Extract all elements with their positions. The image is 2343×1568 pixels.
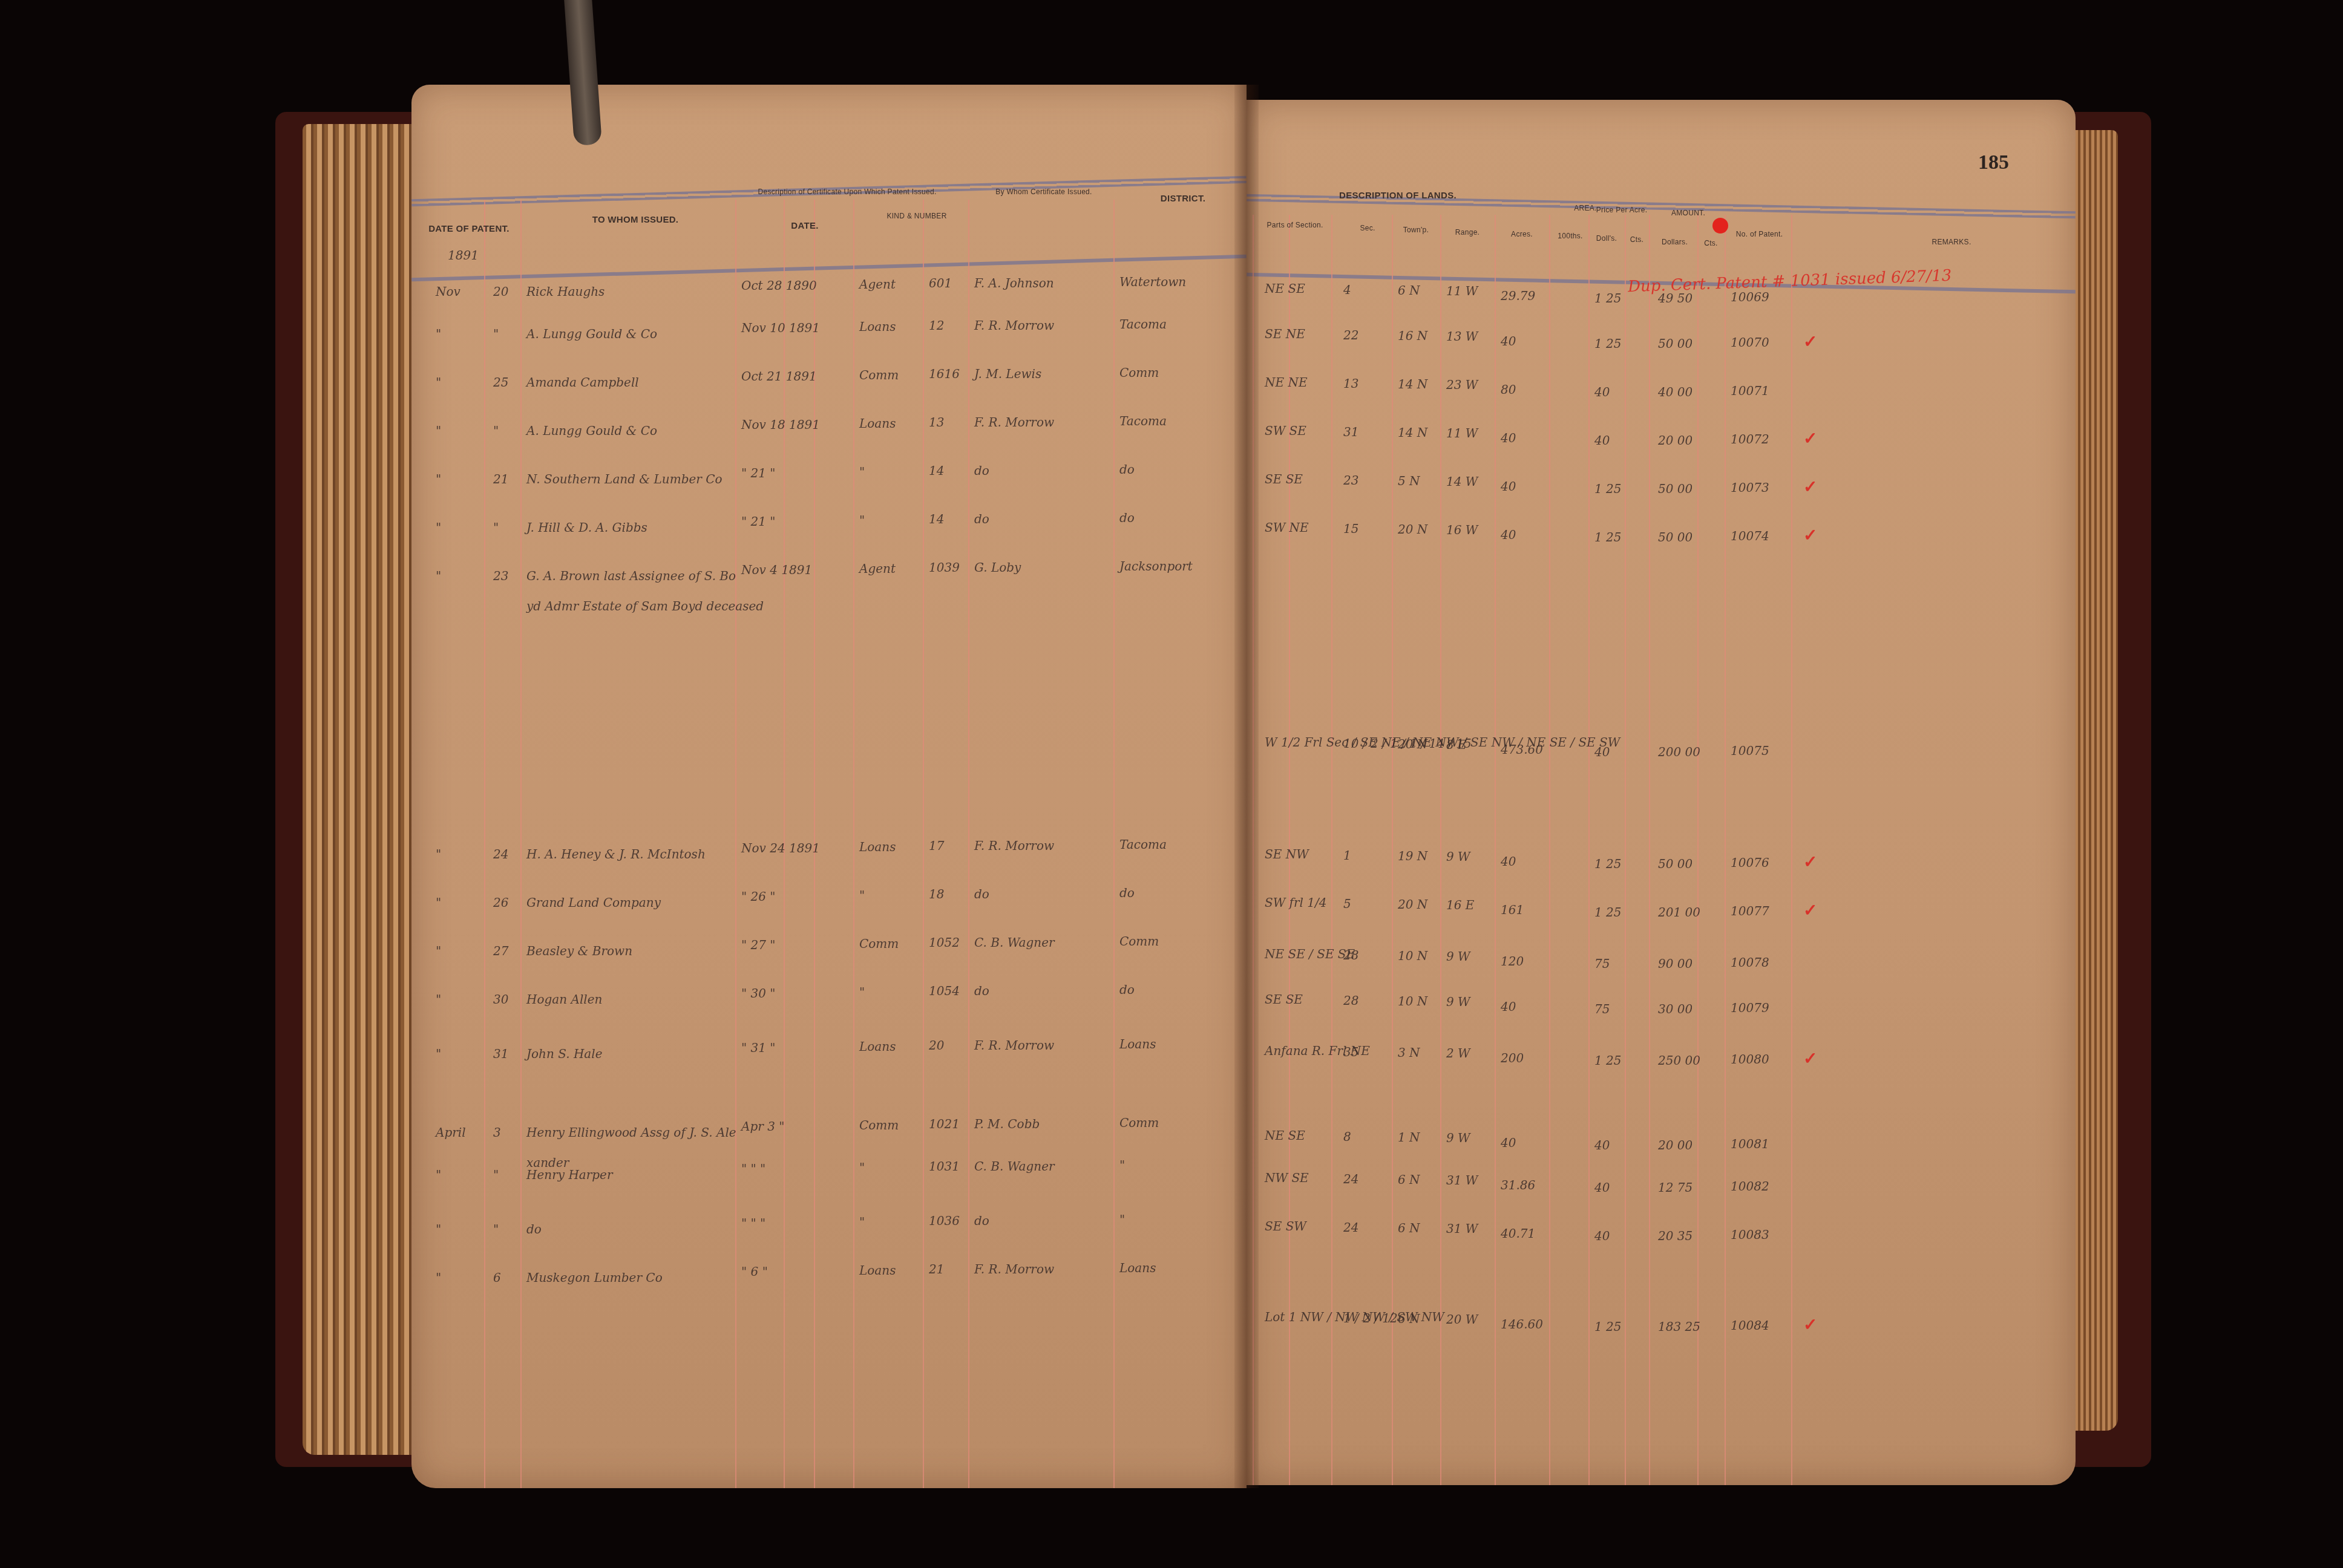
township: 14 N — [1398, 377, 1427, 391]
header-no-of-patent: No. of Patent. — [1728, 230, 1791, 238]
certificate-date: " 21 " — [741, 466, 776, 480]
issuing-officer: do — [974, 512, 989, 526]
certificate-number: 1052 — [929, 935, 960, 950]
header-cert-date: DATE. — [775, 221, 835, 232]
patent-day: 24 — [493, 847, 508, 861]
col-divider — [1113, 200, 1115, 1488]
header-certificate-description: Description of Certificate Upon Which Pa… — [750, 188, 944, 196]
red-marker-dot — [1712, 218, 1728, 234]
district: Tacoma — [1119, 837, 1167, 852]
price-per-acre: 1 25 — [1594, 336, 1622, 351]
range: 14 W — [1446, 474, 1478, 489]
book-gutter — [1234, 85, 1259, 1488]
district: do — [1119, 886, 1135, 900]
certificate-date: " " " — [741, 1216, 765, 1230]
certificate-number: 14 — [929, 512, 944, 526]
col-divider — [1392, 215, 1393, 1485]
grantee-name: Henry Ellingwood Assg of J. S. Ale — [526, 1125, 736, 1140]
certificate-kind: Loans — [859, 319, 896, 334]
certificate-kind: Comm — [859, 1118, 899, 1132]
certificate-date: " 21 " — [741, 514, 776, 529]
acres: 40 — [1501, 334, 1516, 348]
right-page-edges — [2069, 130, 2118, 1431]
township: 3 N — [1398, 1045, 1420, 1060]
parts-of-section: NE SE — [1265, 1128, 1305, 1143]
parts-of-section: SW SE — [1265, 423, 1306, 438]
certificate-number: 17 — [929, 838, 944, 853]
patent-month: " — [436, 1047, 441, 1061]
certificate-kind: Agent — [859, 561, 896, 576]
acres: 29.79 — [1501, 289, 1535, 303]
section: 15 — [1343, 521, 1358, 536]
patent-month: " — [436, 472, 441, 486]
header-range: Range. — [1443, 228, 1492, 237]
red-checkmark-icon: ✓ — [1803, 900, 1817, 921]
district: " — [1119, 1212, 1125, 1227]
grantee-name: John S. Hale — [526, 1047, 602, 1061]
amount: 50 00 — [1658, 857, 1693, 871]
section: 1 / 2 / 12 — [1343, 1311, 1398, 1325]
grantee-name: N. Southern Land & Lumber Co — [526, 472, 723, 486]
patent-day: 6 — [493, 1270, 501, 1285]
certificate-number: 1039 — [929, 560, 960, 575]
header-parts-of-section: Parts of Section. — [1259, 221, 1331, 229]
township: 6 N — [1398, 1221, 1420, 1235]
issuing-officer: C. B. Wagner — [974, 1159, 1055, 1174]
header-remarks: REMARKS. — [1912, 238, 1991, 246]
header-price-per-acre: Price Per Acre. — [1594, 206, 1649, 214]
district: do — [1119, 511, 1135, 525]
header-amount-dollars: Dollars. — [1652, 238, 1697, 246]
district: Comm — [1119, 934, 1159, 949]
header-sec: Sec. — [1352, 224, 1383, 232]
certificate-date: " 30 " — [741, 986, 776, 1001]
amount: 201 00 — [1658, 905, 1700, 920]
certificate-number: 12 — [929, 318, 944, 333]
issuing-officer: G. Loby — [974, 560, 1021, 575]
patent-number: 10082 — [1731, 1179, 1769, 1194]
parts-of-section: NE SE — [1265, 281, 1305, 296]
certificate-number: 13 — [929, 415, 944, 430]
certificate-date: Nov 4 1891 — [741, 563, 812, 577]
header-price-cts: Cts. — [1625, 235, 1649, 244]
certificate-kind: " — [859, 465, 865, 479]
range: 31 W — [1446, 1221, 1478, 1236]
certificate-kind: Comm — [859, 936, 899, 951]
red-checkmark-icon: ✓ — [1803, 332, 1817, 352]
col-divider — [484, 200, 485, 1488]
patent-number: 10077 — [1731, 904, 1769, 918]
certificate-kind: Comm — [859, 368, 899, 382]
amount: 49 50 — [1658, 291, 1693, 305]
township: 20 N — [1398, 737, 1427, 751]
district: do — [1119, 462, 1135, 477]
price-per-acre: 40 — [1594, 385, 1610, 399]
col-divider — [853, 200, 854, 1488]
certificate-date: " " " — [741, 1161, 765, 1176]
township: 19 N — [1398, 849, 1427, 863]
issuing-officer: F. A. Johnson — [974, 276, 1054, 290]
certificate-date: " 31 " — [741, 1040, 776, 1055]
certificate-number: 18 — [929, 887, 944, 901]
district: Loans — [1119, 1261, 1156, 1275]
patent-month: " — [436, 1168, 441, 1182]
patent-day: 25 — [493, 375, 508, 390]
patent-day: " — [493, 1168, 499, 1182]
patent-number: 10084 — [1731, 1318, 1769, 1333]
patent-number: 10072 — [1731, 432, 1769, 446]
col-divider — [735, 200, 736, 1488]
patent-month: " — [436, 423, 441, 438]
certificate-number: 1021 — [929, 1117, 960, 1131]
price-per-acre: 1 25 — [1594, 905, 1622, 920]
range: 16 W — [1446, 523, 1478, 537]
issuing-officer: F. R. Morrow — [974, 1038, 1054, 1053]
grantee-name: A. Lungg Gould & Co — [526, 423, 657, 438]
patent-month: " — [436, 895, 441, 910]
patent-month: April — [436, 1125, 466, 1140]
certificate-date: " 6 " — [741, 1264, 768, 1279]
acres: 161 — [1501, 903, 1524, 917]
header-price-dolls: Doll's. — [1588, 234, 1625, 243]
acres: 80 — [1501, 382, 1516, 397]
col-divider — [1725, 215, 1726, 1485]
patent-day: " — [493, 520, 499, 535]
acres: 31.86 — [1501, 1178, 1535, 1192]
parts-of-section: NE NE — [1265, 375, 1308, 390]
patent-number: 10069 — [1731, 290, 1769, 304]
parts-of-section: SE NW — [1265, 847, 1309, 861]
certificate-date: Apr 3 " — [741, 1119, 784, 1134]
certificate-date: " 26 " — [741, 889, 776, 904]
patent-day: 27 — [493, 944, 508, 958]
certificate-number: 1031 — [929, 1159, 960, 1174]
patent-number: 10076 — [1731, 855, 1769, 870]
section: 22 — [1343, 328, 1358, 342]
col-divider — [1549, 215, 1550, 1485]
township: 1 N — [1398, 1130, 1420, 1145]
red-checkmark-icon: ✓ — [1803, 428, 1817, 449]
range: 11 W — [1446, 426, 1478, 440]
section: 35 — [1343, 1045, 1358, 1059]
township: 5 N — [1398, 474, 1420, 488]
header-amount: AMOUNT. — [1658, 209, 1719, 217]
issuing-officer: F. R. Morrow — [974, 318, 1054, 333]
col-divider — [1697, 215, 1699, 1485]
acres: 40 — [1501, 431, 1516, 445]
acres: 40 — [1501, 854, 1516, 869]
price-per-acre: 40 — [1594, 433, 1610, 448]
district: do — [1119, 982, 1135, 997]
certificate-number: 1054 — [929, 984, 960, 998]
patent-month: " — [436, 1222, 441, 1236]
certificate-date: Nov 18 1891 — [741, 417, 820, 432]
issuing-officer: do — [974, 463, 989, 478]
patent-number: 10074 — [1731, 529, 1769, 543]
certificate-date: Oct 21 1891 — [741, 369, 817, 384]
amount: 40 00 — [1658, 385, 1693, 399]
section: 23 — [1343, 473, 1358, 488]
price-per-acre: 1 25 — [1594, 530, 1622, 544]
district: Watertown — [1119, 275, 1186, 289]
certificate-kind: Loans — [859, 1039, 896, 1054]
range: 9 W — [1446, 949, 1470, 964]
section: 13 — [1343, 376, 1358, 391]
col-divider — [1791, 215, 1792, 1485]
certificate-kind: " — [859, 513, 865, 528]
patent-number: 10078 — [1731, 955, 1769, 970]
township: 6 N — [1398, 1172, 1420, 1187]
patent-month: Nov — [436, 284, 460, 299]
patent-day: " — [493, 327, 499, 341]
acres: 200 — [1501, 1051, 1524, 1065]
patent-number: 10081 — [1731, 1137, 1769, 1151]
col-divider — [1625, 215, 1626, 1485]
acres: 40 — [1501, 999, 1516, 1014]
issuing-officer: F. R. Morrow — [974, 1262, 1054, 1276]
patent-day: 20 — [493, 284, 508, 299]
patent-day: " — [493, 1222, 499, 1236]
section: 4 — [1343, 283, 1351, 297]
amount: 20 35 — [1658, 1229, 1693, 1243]
header-description-of-lands: DESCRIPTION OF LANDS. — [1307, 191, 1489, 201]
patent-day: 31 — [493, 1047, 508, 1061]
grantee-name: do — [526, 1222, 542, 1236]
grantee-name: A. Lungg Gould & Co — [526, 327, 657, 341]
range: 8 E — [1446, 737, 1467, 752]
certificate-date: " 27 " — [741, 938, 776, 952]
patent-day: 26 — [493, 895, 508, 910]
left-page-edges — [303, 124, 418, 1455]
col-divider — [923, 200, 924, 1488]
certificate-number: 601 — [929, 276, 952, 290]
price-per-acre: 1 25 — [1594, 482, 1622, 496]
certificate-kind: Loans — [859, 840, 896, 854]
district: Loans — [1119, 1037, 1156, 1051]
col-divider — [1495, 215, 1496, 1485]
header-district: DISTRICT. — [1138, 194, 1228, 204]
patent-month: " — [436, 1270, 441, 1285]
parts-of-section: SE SE — [1265, 992, 1303, 1007]
price-per-acre: 40 — [1594, 745, 1610, 759]
section: 24 — [1343, 1220, 1358, 1235]
section: 1 — [1343, 848, 1351, 863]
township: 20 N — [1398, 897, 1427, 912]
amount: 30 00 — [1658, 1002, 1693, 1016]
amount: 50 00 — [1658, 482, 1693, 496]
section: 24 — [1343, 1172, 1358, 1186]
patent-number: 10080 — [1731, 1052, 1769, 1067]
patent-number: 10083 — [1731, 1227, 1769, 1242]
header-amount-cts: Cts. — [1697, 239, 1725, 247]
grantee-name: Muskegon Lumber Co — [526, 1270, 663, 1285]
price-per-acre: 1 25 — [1594, 1319, 1622, 1334]
amount: 20 00 — [1658, 1138, 1693, 1152]
district: Jacksonport — [1119, 559, 1193, 573]
acres: 40.71 — [1501, 1226, 1535, 1241]
patent-number: 10073 — [1731, 480, 1769, 495]
range: 31 W — [1446, 1173, 1478, 1187]
township: 20 N — [1398, 522, 1427, 537]
parts-of-section: SW NE — [1265, 520, 1309, 535]
header-cert-kind-number: KIND & NUMBER — [871, 212, 962, 220]
grantee-name: yd Admr Estate of Sam Boyd deceased — [526, 599, 764, 613]
grantee-name: Beasley & Brown — [526, 944, 632, 958]
grantee-name: Rick Haughs — [526, 284, 605, 299]
patent-month: " — [436, 992, 441, 1007]
acres: 146.60 — [1501, 1317, 1543, 1331]
patent-month: " — [436, 327, 441, 341]
acres: 40 — [1501, 528, 1516, 542]
header-to-whom-issued: TO WHOM ISSUED. — [557, 215, 714, 226]
range: 20 W — [1446, 1312, 1478, 1327]
district: Tacoma — [1119, 317, 1167, 332]
range: 9 W — [1446, 849, 1470, 864]
col-divider — [1649, 215, 1650, 1485]
patent-month: " — [436, 944, 441, 958]
certificate-kind: Agent — [859, 277, 896, 292]
issuing-officer: J. M. Lewis — [974, 367, 1041, 381]
patent-day: 3 — [493, 1125, 501, 1140]
issuing-officer: do — [974, 984, 989, 998]
red-checkmark-icon: ✓ — [1803, 852, 1817, 872]
certificate-number: 20 — [929, 1038, 944, 1053]
red-checkmark-icon: ✓ — [1803, 1048, 1817, 1069]
issuing-officer: F. R. Morrow — [974, 838, 1054, 853]
amount: 250 00 — [1658, 1053, 1700, 1068]
col-divider — [1440, 215, 1441, 1485]
price-per-acre: 1 25 — [1594, 1053, 1622, 1068]
acres: 40 — [1501, 479, 1516, 494]
township: 6 N — [1398, 283, 1420, 298]
acres: 120 — [1501, 954, 1524, 969]
patent-day: 30 — [493, 992, 508, 1007]
patent-month: " — [436, 569, 441, 583]
col-divider — [520, 200, 522, 1488]
parts-of-section: SE SE — [1265, 472, 1303, 486]
township: 16 N — [1398, 328, 1427, 343]
patent-number: 10071 — [1731, 384, 1769, 398]
year-entry: 1891 — [448, 248, 479, 263]
patent-day: 23 — [493, 569, 508, 583]
issuing-officer: do — [974, 1214, 989, 1228]
page-number: 185 — [1978, 151, 2009, 174]
header-township: Town'p. — [1392, 226, 1440, 234]
township: 6 N — [1398, 1312, 1420, 1326]
certificate-kind: " — [859, 888, 865, 903]
acres: 473.60 — [1501, 742, 1543, 757]
amount: 90 00 — [1658, 956, 1693, 971]
range: 9 W — [1446, 995, 1470, 1009]
amount: 183 25 — [1658, 1319, 1700, 1334]
parts-of-section: NW SE — [1265, 1171, 1309, 1185]
certificate-kind: " — [859, 1215, 865, 1229]
parts-of-section: SE SW — [1265, 1219, 1306, 1233]
range: 13 W — [1446, 329, 1478, 344]
section: 8 — [1343, 1129, 1351, 1144]
parts-of-section: SE NE — [1265, 327, 1305, 341]
range: 23 W — [1446, 377, 1478, 392]
col-divider — [1331, 215, 1332, 1485]
header-acres: Acres. — [1495, 230, 1549, 238]
red-checkmark-icon: ✓ — [1803, 525, 1817, 546]
grantee-name: Hogan Allen — [526, 992, 602, 1007]
certificate-kind: Loans — [859, 416, 896, 431]
township: 14 N — [1398, 425, 1427, 440]
price-per-acre: 1 25 — [1594, 857, 1622, 871]
certificate-kind: " — [859, 985, 865, 999]
patent-month: " — [436, 520, 441, 535]
grantee-name: Amanda Campbell — [526, 375, 639, 390]
range: 11 W — [1446, 284, 1478, 298]
certificate-date: Nov 24 1891 — [741, 841, 820, 855]
col-divider — [1588, 215, 1590, 1485]
certificate-date: Oct 28 1890 — [741, 278, 817, 293]
range: 9 W — [1446, 1131, 1470, 1145]
amount: 50 00 — [1658, 530, 1693, 544]
issuing-officer: C. B. Wagner — [974, 935, 1055, 950]
left-page: DATE OF PATENT. TO WHOM ISSUED. Descript… — [411, 85, 1247, 1488]
amount: 200 00 — [1658, 745, 1700, 759]
red-checkmark-icon: ✓ — [1803, 477, 1817, 497]
grantee-name: Henry Harper — [526, 1168, 613, 1182]
amount: 20 00 — [1658, 433, 1693, 448]
red-checkmark-icon: ✓ — [1803, 1315, 1817, 1335]
section: 28 — [1343, 948, 1358, 962]
price-per-acre: 40 — [1594, 1229, 1610, 1243]
township: 10 N — [1398, 949, 1427, 963]
parts-of-section: NE SE / SE SE — [1265, 947, 1355, 961]
range: 16 E — [1446, 898, 1474, 912]
price-per-acre: 40 — [1594, 1138, 1610, 1152]
certificate-number: 1616 — [929, 367, 960, 381]
price-per-acre: 75 — [1594, 956, 1610, 971]
patent-day: 21 — [493, 472, 508, 486]
col-divider — [968, 200, 969, 1488]
patent-number: 10079 — [1731, 1001, 1769, 1015]
amount: 50 00 — [1658, 336, 1693, 351]
certificate-kind: Loans — [859, 1263, 896, 1278]
certificate-number: 14 — [929, 463, 944, 478]
grantee-name: H. A. Heney & J. R. McIntosh — [526, 847, 706, 861]
amount: 12 75 — [1658, 1180, 1693, 1195]
header-hundredths: 100ths. — [1552, 232, 1588, 240]
grantee-name: Grand Land Company — [526, 895, 661, 910]
section: 5 — [1343, 897, 1351, 911]
patent-number: 10075 — [1731, 743, 1769, 758]
patent-day: " — [493, 423, 499, 438]
issuing-officer: do — [974, 887, 989, 901]
grantee-name: G. A. Brown last Assignee of S. Bo — [526, 569, 736, 583]
issuing-officer: F. R. Morrow — [974, 415, 1054, 430]
district: " — [1119, 1158, 1125, 1172]
range: 2 W — [1446, 1046, 1470, 1060]
certificate-number: 21 — [929, 1262, 944, 1276]
price-per-acre: 75 — [1594, 1002, 1610, 1016]
certificate-kind: " — [859, 1160, 865, 1175]
issuing-officer: P. M. Cobb — [974, 1117, 1040, 1131]
district: Tacoma — [1119, 414, 1167, 428]
section: 31 — [1343, 425, 1358, 439]
header-by-whom: By Whom Certificate Issued. — [986, 188, 1101, 196]
parts-of-section: SW frl 1/4 — [1265, 895, 1327, 910]
certificate-date: Nov 10 1891 — [741, 321, 820, 335]
district: Comm — [1119, 1116, 1159, 1130]
acres: 40 — [1501, 1135, 1516, 1150]
patent-number: 10070 — [1731, 335, 1769, 350]
section: 28 — [1343, 993, 1358, 1008]
price-per-acre: 40 — [1594, 1180, 1610, 1195]
